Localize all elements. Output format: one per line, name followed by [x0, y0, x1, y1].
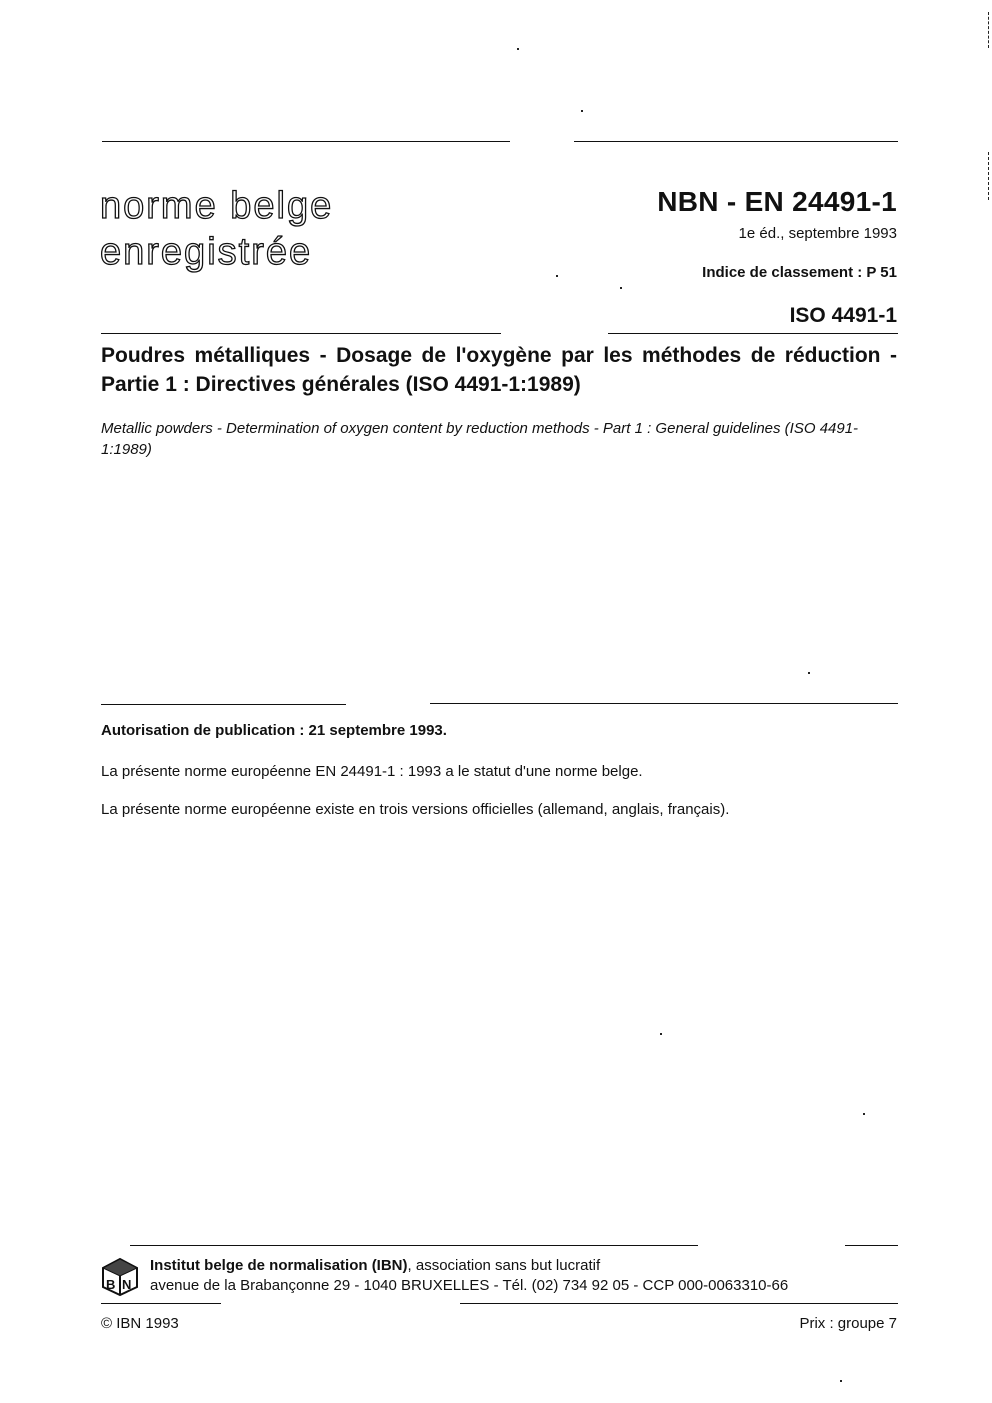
price-group: Prix : groupe 7 — [799, 1315, 897, 1332]
footer-rule-top-right — [845, 1245, 898, 1246]
header-rule-left — [102, 141, 510, 142]
title-rule-right — [608, 333, 898, 334]
scan-speck — [840, 1380, 842, 1382]
scan-speck — [660, 1033, 662, 1035]
svg-text:N: N — [122, 1277, 131, 1292]
publication-rule-right — [430, 703, 898, 704]
svg-text:B: B — [106, 1277, 115, 1292]
scan-speck — [517, 48, 519, 50]
copyright: © IBN 1993 — [101, 1315, 179, 1332]
institute-status: , association sans but lucratif — [408, 1257, 601, 1274]
publication-rule-left — [101, 704, 346, 705]
brand-line-1: norme belge — [100, 184, 333, 228]
scan-speck — [581, 110, 583, 112]
title-rule-left — [101, 333, 501, 334]
ibn-logo-icon: B N — [100, 1257, 140, 1297]
scan-speck — [556, 275, 558, 277]
standard-number: NBN - EN 24491-1 — [657, 186, 897, 218]
footer-rule-bottom-left — [101, 1303, 221, 1304]
footer-address: avenue de la Brabançonne 29 - 1040 BRUXE… — [150, 1276, 788, 1296]
classification-index: Indice de classement : P 51 — [702, 264, 897, 281]
header-rule-right — [574, 141, 898, 142]
scan-edge-artifact — [988, 152, 990, 200]
brand-line-2: enregistrée — [100, 230, 312, 274]
footer-rule-bottom-right — [460, 1303, 898, 1304]
iso-reference: ISO 4491-1 — [790, 304, 897, 328]
publication-versions: La présente norme européenne existe en t… — [101, 801, 729, 818]
publication-status: La présente norme européenne EN 24491-1 … — [101, 763, 643, 780]
title-english: Metallic powders - Determination of oxyg… — [101, 418, 901, 460]
scan-speck — [808, 672, 810, 674]
scan-edge-artifact — [988, 12, 990, 48]
footer-rule-top-left — [130, 1245, 698, 1246]
edition-date: 1e éd., septembre 1993 — [739, 225, 897, 242]
scan-speck — [863, 1113, 865, 1115]
publication-authorization: Autorisation de publication : 21 septemb… — [101, 722, 447, 739]
title-french: Poudres métalliques - Dosage de l'oxygèn… — [101, 341, 897, 399]
footer-institute: Institut belge de normalisation (IBN), a… — [150, 1256, 600, 1276]
institute-name: Institut belge de normalisation (IBN) — [150, 1257, 408, 1274]
scan-speck — [620, 287, 622, 289]
